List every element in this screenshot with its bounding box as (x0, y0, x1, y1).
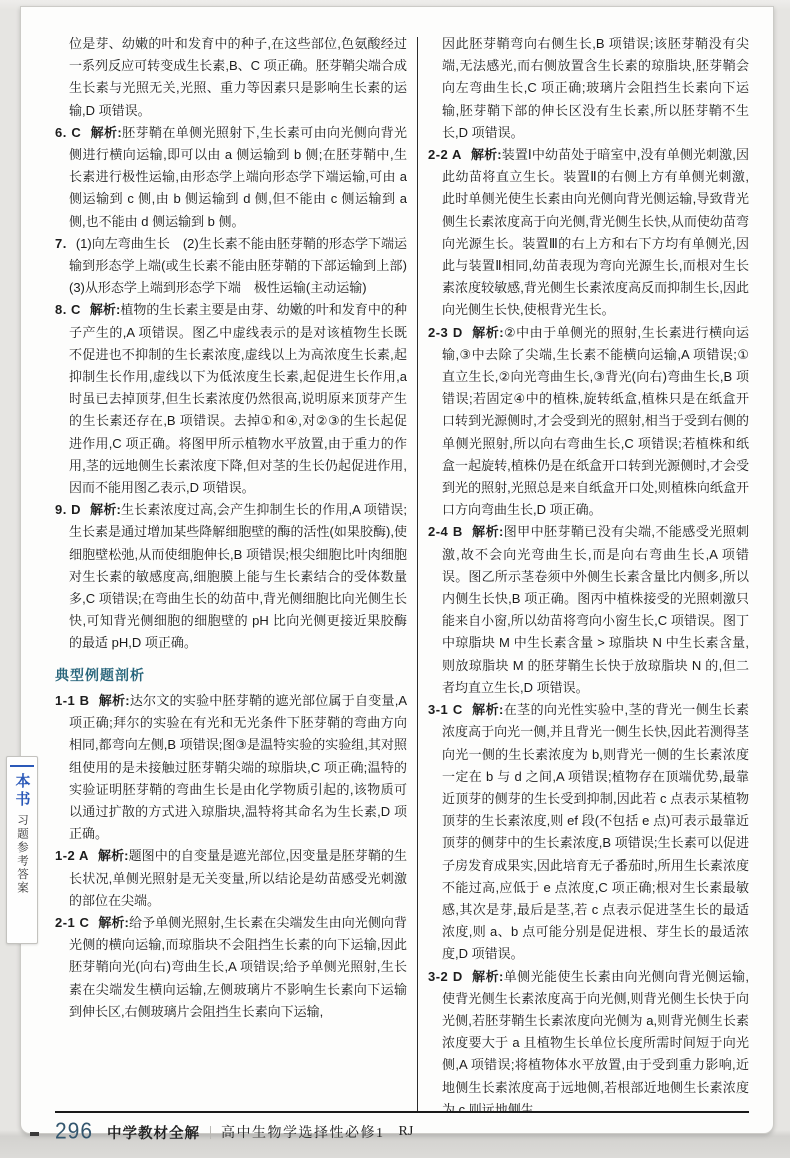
answer-label: 2-1 C (55, 915, 89, 930)
answer-label: 2-3 D (428, 325, 463, 340)
answer-text: 在茎的向光性实验中,茎的背光一侧生长素浓度高于向光一侧,并且背光一侧生长快,因此… (442, 702, 749, 961)
answer-label: 1-2 A (55, 848, 89, 863)
section-header: 典型例题剖析 (55, 664, 407, 686)
answer-continuation: 因此胚芽鞘弯向右侧生长,B 项错误;该胚芽鞘没有尖端,无法感光,而右侧放置含生长… (428, 33, 749, 144)
jiexi-label: 解析: (90, 302, 120, 317)
answer-continuation: 位是芽、幼嫩的叶和发育中的种子,在这些部位,色氨酸经过一系列反应可转变成生长素,… (55, 33, 407, 122)
binding-mark (30, 1132, 39, 1136)
scanned-book-page: 位是芽、幼嫩的叶和发育中的种子,在这些部位,色氨酸经过一系列反应可转变成生长素,… (0, 0, 790, 1158)
answer-text: 生长素浓度过高,会产生抑制生长的作用,A 项错误;生长素是通过增加某些降解细胞壁… (69, 502, 407, 650)
column-divider-line (417, 37, 418, 1111)
edition-code: RJ (399, 1124, 414, 1140)
jiexi-label: 解析: (99, 693, 130, 708)
answer-text: 给予单侧光照射,生长素在尖端发生由向光侧向背光侧的横向运输,而琼脂块不会阻挡生长… (69, 915, 407, 1019)
answer-text: 胚芽鞘在单侧光照射下,生长素可由向光侧向背光侧进行横向运输,即可以由 a 侧运输… (69, 125, 407, 229)
answer-item-2-3: 2-3 D解析:②中由于单侧光的照射,生长素进行横向运输,③中去除了尖端,生长素… (428, 322, 749, 522)
footer-row: 296 中学教材全解 高中生物学选择性必修1 RJ (55, 1120, 749, 1144)
side-tab-blue-rule (10, 765, 34, 767)
answer-label: 2-2 A (428, 147, 462, 162)
answer-text: 装置Ⅰ中幼苗处于暗室中,没有单侧光刺激,因此幼苗将直立生长。装置Ⅱ的右侧上方有单… (442, 147, 749, 317)
book-title: 高中生物学选择性必修1 (221, 1122, 385, 1142)
answer-item-7: 7.(1)向左弯曲生长 (2)生长素不能由胚芽鞘的形态学下端运输到形态学上端(或… (55, 233, 407, 300)
answer-item-1-2: 1-2 A解析:题图中的自变量是遮光部位,因变量是胚芽鞘的生长状况,单侧光照射是… (55, 845, 407, 912)
answer-item-2-4: 2-4 B解析:图甲中胚芽鞘已没有尖端,不能感受光照刺激,故不会向光弯曲生长,而… (428, 521, 749, 699)
footer-separator (210, 1126, 211, 1139)
answer-item-8: 8. C解析:植物的生长素主要是由芽、幼嫩的叶和发育中的种子产生的,A 项错误。… (55, 299, 407, 499)
answer-text: 单侧光能使生长素由向光侧向背光侧运输,使背光侧生长素浓度高于向光侧,则背光侧生长… (442, 969, 749, 1111)
side-tab-answers: 本书 习题参考答案 (6, 756, 38, 944)
answer-item-2-1: 2-1 C解析:给予单侧光照射,生长素在尖端发生由向光侧向背光侧的横向运输,而琼… (55, 912, 407, 1023)
side-tab-text: 本书 习题参考答案 (7, 773, 37, 895)
answer-item-2-2: 2-2 A解析:装置Ⅰ中幼苗处于暗室中,没有单侧光刺激,因此幼苗将直立生长。装置… (428, 144, 749, 322)
side-tab-line2: 习题参考答案 (14, 814, 30, 895)
answer-item-6: 6. C解析:胚芽鞘在单侧光照射下,生长素可由向光侧向背光侧进行横向运输,即可以… (55, 122, 407, 233)
answer-label: 3-2 D (428, 969, 463, 984)
jiexi-label: 解析: (90, 502, 121, 517)
left-column: 位是芽、幼嫩的叶和发育中的种子,在这些部位,色氨酸经过一系列反应可转变成生长素,… (55, 33, 407, 1111)
page-number: 296 (55, 1119, 93, 1146)
jiexi-label: 解析: (471, 147, 502, 162)
two-column-text: 位是芽、幼嫩的叶和发育中的种子,在这些部位,色氨酸经过一系列反应可转变成生长素,… (55, 33, 749, 1111)
answer-text: 图甲中胚芽鞘已没有尖端,不能感受光照刺激,故不会向光弯曲生长,而是向右弯曲生长,… (442, 524, 749, 694)
answer-label: 9. D (55, 502, 81, 517)
answer-item-3-2: 3-2 D解析:单侧光能使生长素由向光侧向背光侧运输,使背光侧生长素浓度高于向光… (428, 966, 749, 1111)
jiexi-label: 解析: (472, 325, 504, 340)
answer-label: 6. C (55, 125, 81, 140)
jiexi-label: 解析: (90, 125, 122, 140)
answer-text: 位是芽、幼嫩的叶和发育中的种子,在这些部位,色氨酸经过一系列反应可转变成生长素,… (69, 36, 407, 118)
jiexi-label: 解析: (472, 524, 504, 539)
answer-text: (1)向左弯曲生长 (2)生长素不能由胚芽鞘的形态学下端运输到形态学上端(或生长… (69, 236, 420, 295)
answer-label: 2-4 B (428, 524, 463, 539)
series-title: 中学教材全解 (107, 1122, 200, 1143)
jiexi-label: 解析: (472, 969, 504, 984)
answer-text: 植物的生长素主要是由芽、幼嫩的叶和发育中的种子产生的,A 项错误。图乙中虚线表示… (69, 302, 407, 495)
answer-item-1-1: 1-1 B解析:达尔文的实验中胚芽鞘的遮光部位属于自变量,A 项正确;拜尔的实验… (55, 690, 407, 845)
answer-text: 达尔文的实验中胚芽鞘的遮光部位属于自变量,A 项正确;拜尔的实验在有光和无光条件… (69, 693, 407, 841)
answer-label: 7. (55, 236, 67, 251)
answer-item-3-1: 3-1 C解析:在茎的向光性实验中,茎的背光一侧生长素浓度高于向光一侧,并且背光… (428, 699, 749, 965)
footer-rule (55, 1111, 749, 1113)
answer-label: 3-1 C (428, 702, 463, 717)
answer-label: 1-1 B (55, 693, 90, 708)
answer-text: ②中由于单侧光的照射,生长素进行横向运输,③中去除了尖端,生长素不能横向运输,A… (442, 325, 749, 518)
answer-label: 8. C (55, 302, 81, 317)
jiexi-label: 解析: (98, 915, 129, 930)
jiexi-label: 解析: (472, 702, 504, 717)
jiexi-label: 解析: (98, 848, 129, 863)
side-tab-line1: 本书 (12, 773, 33, 809)
page-body: 位是芽、幼嫩的叶和发育中的种子,在这些部位,色氨酸经过一系列反应可转变成生长素,… (20, 6, 774, 1134)
right-column: 因此胚芽鞘弯向右侧生长,B 项错误;该胚芽鞘没有尖端,无法感光,而右侧放置含生长… (428, 33, 749, 1111)
page-footer: 296 中学教材全解 高中生物学选择性必修1 RJ (55, 1111, 749, 1144)
answer-text: 因此胚芽鞘弯向右侧生长,B 项错误;该胚芽鞘没有尖端,无法感光,而右侧放置含生长… (442, 36, 749, 140)
answer-item-9: 9. D解析:生长素浓度过高,会产生抑制生长的作用,A 项错误;生长素是通过增加… (55, 499, 407, 654)
